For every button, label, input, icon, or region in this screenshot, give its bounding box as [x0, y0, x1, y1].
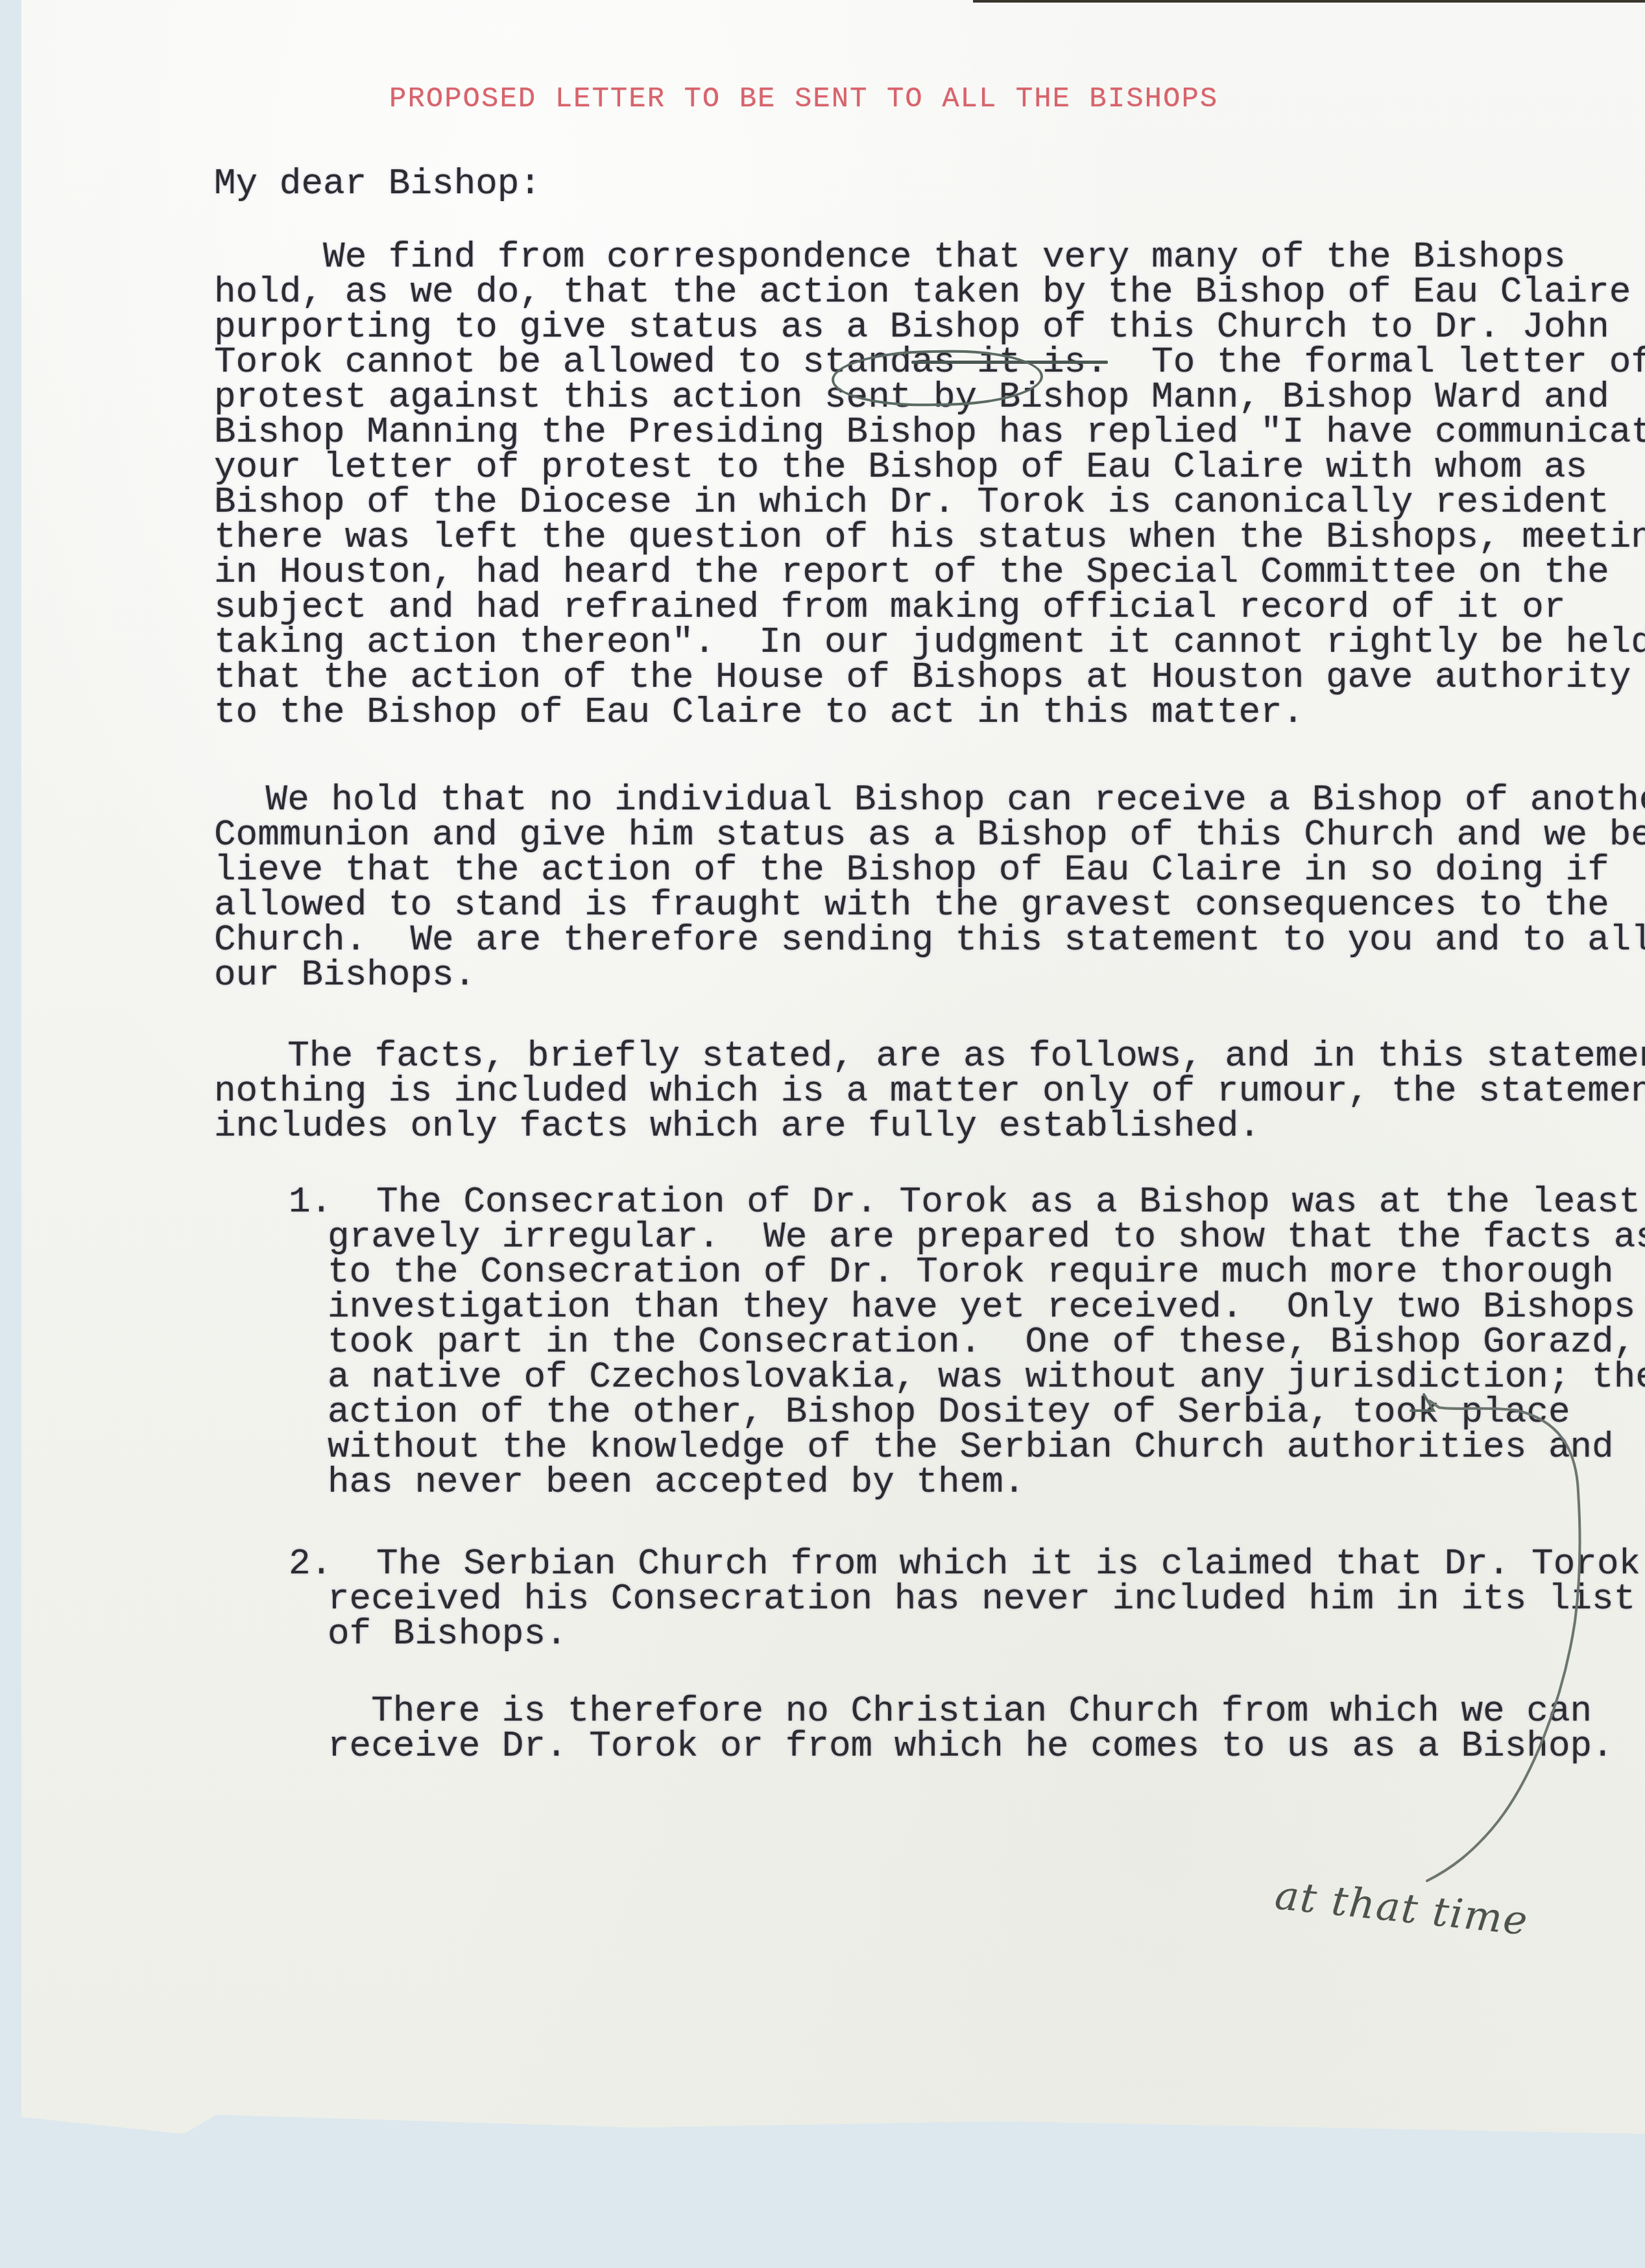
text-line: receive Dr. Torok or from which he comes… [328, 1728, 1614, 1764]
list-number: 2. [289, 1546, 332, 1582]
text-line: in Houston, had heard the report of the … [214, 554, 1609, 590]
text-line: taking action thereon". In our judgment … [214, 624, 1645, 660]
text-line: We find from correspondence that very ma… [214, 239, 1566, 275]
text-line: Communion and give him status as a Bisho… [214, 817, 1645, 853]
salutation: My dear Bishop: [214, 165, 541, 202]
scan-edge [973, 0, 1645, 3]
text-line: received his Consecration has never incl… [328, 1581, 1635, 1617]
text-line: The Serbian Church from which it is clai… [376, 1546, 1640, 1582]
text-line: action of the other, Bishop Dositey of S… [328, 1394, 1570, 1430]
text-line: subject and had refrained from making of… [214, 589, 1566, 625]
text-line: lieve that the action of the Bishop of E… [214, 852, 1609, 888]
text-line: There is therefore no Christian Church f… [328, 1693, 1592, 1729]
document-title: PROPOSED LETTER TO BE SENT TO ALL THE BI… [389, 81, 1218, 117]
text-line: We hold that no individual Bishop can re… [244, 782, 1645, 818]
text-line: gravely irregular. We are prepared to sh… [328, 1219, 1645, 1255]
text-line: The facts, briefly stated, are as follow… [244, 1038, 1645, 1074]
text-line: without the knowledge of the Serbian Chu… [328, 1429, 1614, 1465]
text-line: our Bishops. [214, 957, 475, 993]
text-line: The Consecration of Dr. Torok as a Bisho… [376, 1184, 1640, 1220]
text-line: to the Consecration of Dr. Torok require… [328, 1254, 1614, 1290]
text-line: that the action of the House of Bishops … [214, 659, 1631, 695]
text-line: a native of Czechoslovakia, was without … [328, 1359, 1645, 1395]
text-line: Bishop Manning the Presiding Bishop has … [214, 414, 1645, 450]
text-line: allowed to stand is fraught with the gra… [214, 887, 1609, 923]
text-line: Bishop of the Diocese in which Dr. Torok… [214, 484, 1609, 520]
text-line: your letter of protest to the Bishop of … [214, 449, 1587, 485]
text-line: took part in the Consecration. One of th… [328, 1324, 1635, 1360]
text-line: purporting to give status as a Bishop of… [214, 309, 1609, 345]
text-line: investigation than they have yet receive… [328, 1289, 1635, 1325]
text-line: to the Bishop of Eau Claire to act in th… [214, 694, 1304, 730]
list-number: 1. [289, 1184, 332, 1220]
text-line: has never been accepted by them. [328, 1464, 1025, 1500]
text-line: hold, as we do, that the action taken by… [214, 274, 1631, 310]
text-line: nothing is included which is a matter on… [214, 1073, 1645, 1109]
text-line: includes only facts which are fully esta… [214, 1108, 1260, 1144]
text-line: of Bishops. [328, 1616, 568, 1652]
text-line: Church. We are therefore sending this st… [214, 922, 1645, 958]
text-line: there was left the question of his statu… [214, 519, 1645, 555]
